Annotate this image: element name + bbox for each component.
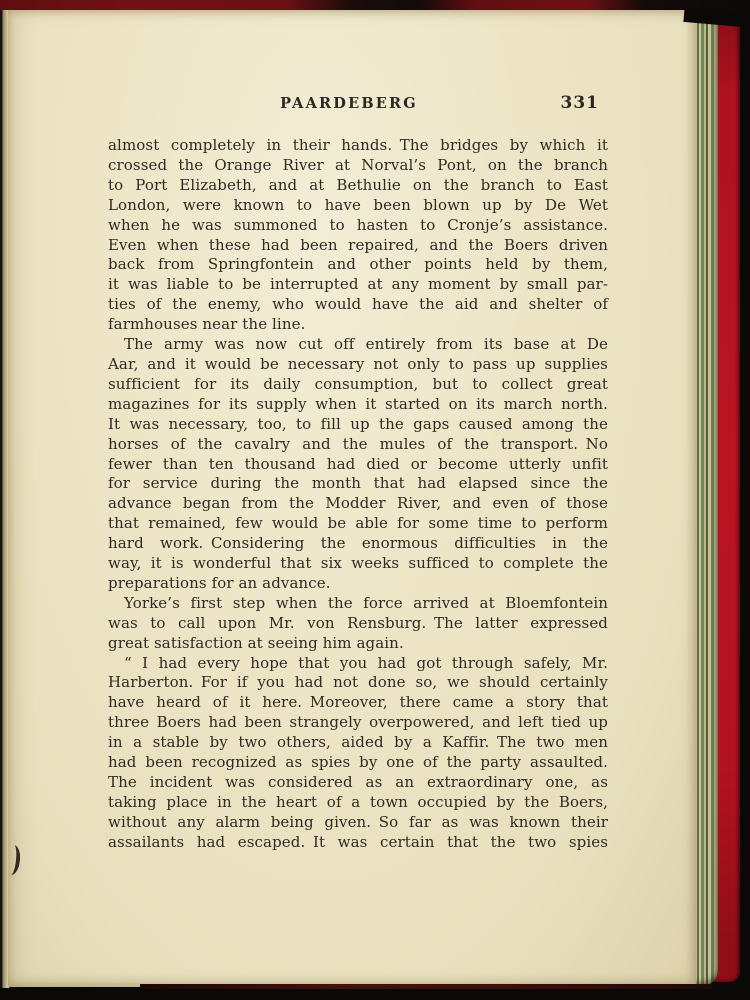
text-line: great satisfaction at seeing him again. bbox=[108, 634, 608, 654]
text-line: London, were known to have been blown up… bbox=[108, 196, 608, 216]
cover-bottom-edge bbox=[140, 984, 712, 989]
text-line: sufficient for its daily consumption, bu… bbox=[108, 375, 608, 395]
text-line: was to call upon Mr. von Rensburg. The l… bbox=[108, 614, 608, 634]
paragraph: Yorke’s first step when the force arrive… bbox=[108, 594, 608, 654]
text-line: three Boers had been strangely overpower… bbox=[108, 713, 608, 733]
text-line: way, it is wonderful that six weeks suff… bbox=[108, 554, 608, 574]
text-line: when he was summoned to hasten to Cronje… bbox=[108, 216, 608, 236]
book-cover-top-edge bbox=[0, 0, 750, 10]
paragraph: almost completely in their hands. The br… bbox=[108, 136, 608, 335]
text-line: Harberton. For if you had not done so, w… bbox=[108, 673, 608, 693]
text-line: without any alarm being given. So far as… bbox=[108, 813, 608, 833]
text-line: crossed the Orange River at Norval’s Pon… bbox=[108, 156, 608, 176]
text-line: have heard of it here. Moreover, there c… bbox=[108, 693, 608, 713]
page-number: 331 bbox=[561, 93, 600, 113]
text-line: hard work. Considering the enormous diff… bbox=[108, 534, 608, 554]
text-line: farmhouses near the line. bbox=[108, 315, 608, 335]
text-line: assailants had escaped. It was certain t… bbox=[108, 833, 608, 853]
text-line: The army was now cut off entirely from i… bbox=[108, 335, 608, 355]
text-line: taking place in the heart of a town occu… bbox=[108, 793, 608, 813]
text-line: had been recognized as spies by one of t… bbox=[108, 753, 608, 773]
text-line: Yorke’s first step when the force arrive… bbox=[108, 594, 608, 614]
text-line: advance began from the Modder River, and… bbox=[108, 494, 608, 514]
text-line: back from Springfontein and other points… bbox=[108, 255, 608, 275]
paragraph: The army was now cut off entirely from i… bbox=[108, 335, 608, 594]
text-line: It was necessary, too, to fill up the ga… bbox=[108, 415, 608, 435]
text-line: to Port Elizabeth, and at Bethulie on th… bbox=[108, 176, 608, 196]
text-line: The incident was considered as an extrao… bbox=[108, 773, 608, 793]
text-line: that remained, few would be able for som… bbox=[108, 514, 608, 534]
text-line: ties of the enemy, who would have the ai… bbox=[108, 295, 608, 315]
text-line: for service during the month that had el… bbox=[108, 474, 608, 494]
text-line: it was liable to be interrupted at any m… bbox=[108, 275, 608, 295]
text-line: Even when these had been repaired, and t… bbox=[108, 236, 608, 256]
running-header-title: PAARDEBERG bbox=[99, 95, 599, 112]
text-line: magazines for its supply when it started… bbox=[108, 395, 608, 415]
text-line: almost completely in their hands. The br… bbox=[108, 136, 608, 156]
text-line: fewer than ten thousand had died or beco… bbox=[108, 455, 608, 475]
text-line: “ I had every hope that you had got thro… bbox=[108, 654, 608, 674]
text-line: Aar, and it would be necessary not only … bbox=[108, 355, 608, 375]
text-line: horses of the cavalry and the mules of t… bbox=[108, 435, 608, 455]
text-line: preparations for an advance. bbox=[108, 574, 608, 594]
paragraph: “ I had every hope that you had got thro… bbox=[108, 654, 608, 853]
running-header: PAARDEBERG 331 bbox=[108, 95, 608, 117]
page-body: almost completely in their hands. The br… bbox=[108, 136, 608, 853]
scanned-book-photo: PAARDEBERG 331 almost completely in thei… bbox=[0, 0, 750, 1000]
text-line: in a stable by two others, aided by a Ka… bbox=[108, 733, 608, 753]
